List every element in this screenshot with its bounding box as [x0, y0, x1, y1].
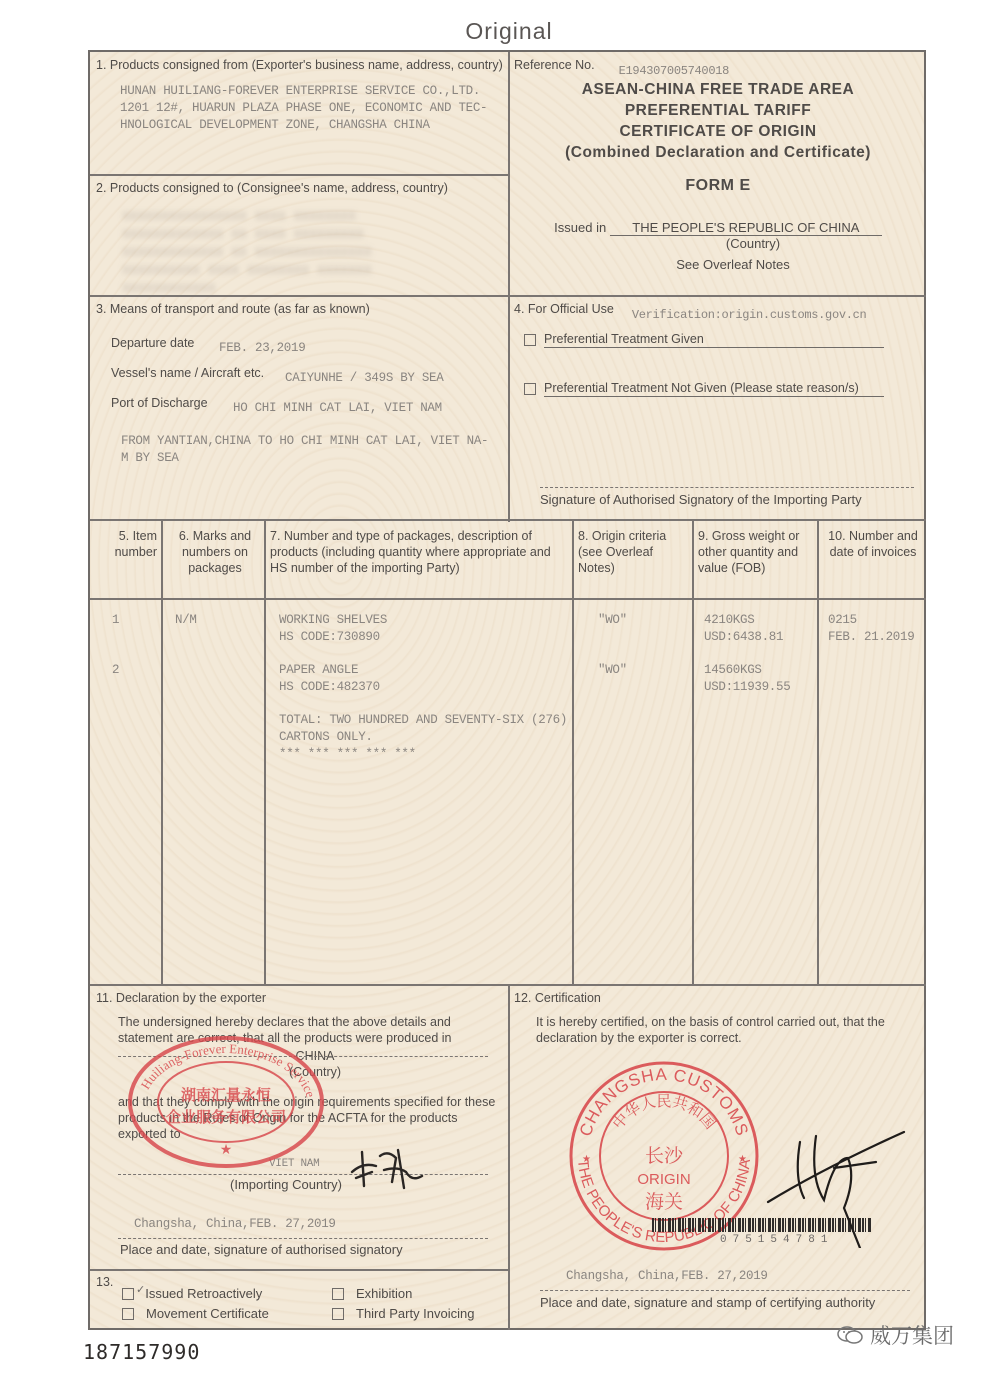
divider [90, 1269, 509, 1271]
cell-item: 1 [112, 612, 119, 629]
divider [90, 598, 926, 600]
total-line: CARTONS ONLY. [279, 729, 579, 746]
value-line: USD:11939.55 [704, 679, 790, 696]
cell-weight-value: 14560KGS USD:11939.55 [704, 662, 790, 696]
exporter-line: HNOLOGICAL DEVELOPMENT ZONE, CHANGSHA CH… [120, 117, 504, 134]
watermark: 威万集团 [836, 1320, 954, 1350]
preferential-not-given-checkbox[interactable] [524, 383, 536, 395]
issued-retroactively-checkbox[interactable] [122, 1288, 134, 1300]
col-header-item-number: 5. Item number [95, 528, 159, 560]
port-of-discharge-value: HO CHI MINH CAT LAI, VIET NAM [233, 400, 442, 417]
exporter-place-date: Changsha, China,FEB. 27,2019 [134, 1216, 336, 1233]
col-header-gross-weight: 9. Gross weight or other quantity and va… [698, 528, 816, 576]
col-header-description: 7. Number and type of packages, descript… [270, 528, 568, 576]
divider [90, 174, 509, 176]
vessel-value: CAIYUNHE / 349S BY SEA [285, 370, 443, 387]
col-header-invoices: 10. Number and date of invoices [821, 528, 925, 560]
table-row: 2 PAPER ANGLE HS CODE:482370 "WO" 14560K… [90, 662, 926, 707]
total-line: TOTAL: TWO HUNDRED AND SEVENTY-SIX (276) [279, 712, 579, 729]
certifying-place-date: Changsha, China,FEB. 27,2019 [566, 1268, 768, 1285]
divider [90, 519, 926, 521]
cell-item: 2 [112, 662, 119, 679]
svg-text:企业服务有限公司: 企业服务有限公司 [166, 1108, 286, 1126]
value-line: USD:6438.81 [704, 629, 783, 646]
preferential-given-label: Preferential Treatment Given [544, 331, 884, 348]
box-consignee-label: 2. Products consigned to (Consignee's na… [96, 180, 504, 196]
box-transport: 3. Means of transport and route (as far … [96, 301, 504, 515]
box-certification-label: 12. Certification [514, 990, 922, 1006]
description-line: PAPER ANGLE [279, 662, 380, 679]
third-party-invoicing-checkbox[interactable] [332, 1308, 344, 1320]
cell-description: WORKING SHELVES HS CODE:730890 [279, 612, 387, 646]
cell-origin-criteria: "WO" [598, 612, 627, 629]
port-of-discharge-label: Port of Discharge [111, 395, 233, 411]
divider [161, 520, 163, 985]
exhibition-label: Exhibition [356, 1286, 412, 1302]
customs-officer-signature [764, 1118, 914, 1248]
consignee-details-redacted: XXXXXXXXXXXXXXXX XXXX XXXXXXXX XXXXXXXXX… [96, 208, 504, 298]
box-exporter-label: 1. Products consigned from (Exporter's b… [96, 57, 504, 73]
title-line: (Combined Declaration and Certificate) [514, 142, 922, 163]
reference-number: E194307005740018 [619, 63, 729, 80]
movement-certificate-checkbox[interactable] [122, 1308, 134, 1320]
document-heading: Original [0, 18, 1003, 45]
svg-text:湖南汇量永恒: 湖南汇量永恒 [181, 1086, 271, 1104]
divider [508, 985, 510, 1330]
cell-description: PAPER ANGLE HS CODE:482370 [279, 662, 380, 696]
weight-line: 14560KGS [704, 662, 790, 679]
exporter-details: HUNAN HUILIANG-FOREVER ENTERPRISE SERVIC… [96, 83, 504, 134]
certifying-signature-line [540, 1290, 910, 1291]
movement-certificate-label: Movement Certificate [146, 1306, 269, 1322]
preferential-given-checkbox[interactable] [524, 334, 536, 346]
route-description: FROM YANTIAN,CHINA TO HO CHI MINH CAT LA… [111, 433, 504, 467]
redacted-line: XXXXXXXXXXXX [122, 280, 504, 298]
exporter-line: HUNAN HUILIANG-FOREVER ENTERPRISE SERVIC… [120, 83, 504, 100]
departure-date-label: Departure date [111, 335, 219, 351]
box-exporter: 1. Products consigned from (Exporter's b… [96, 57, 504, 134]
cell-weight-value: 4210KGS USD:6438.81 [704, 612, 783, 646]
issued-retroactively-label: Issued Retroactively [145, 1286, 262, 1302]
cell-invoice: 0215 FEB. 21.2019 [828, 612, 914, 646]
box-official-use: 4. For Official Use Verification:origin.… [514, 301, 922, 515]
box-consignee: 2. Products consigned to (Consignee's na… [96, 180, 504, 298]
verification-url: Verification:origin.customs.gov.cn [632, 307, 867, 324]
redacted-line: XXXXXXXXXXXXX XX XXXXXXXXXXXXXXX [122, 244, 504, 262]
redacted-line: XXXXXXXXXXXXXXXX XXXX XXXXXXXX [122, 208, 504, 226]
cell-origin-criteria: "WO" [598, 662, 627, 679]
goods-total: TOTAL: TWO HUNDRED AND SEVENTY-SIX (276)… [279, 712, 579, 763]
exhibition-checkbox[interactable] [332, 1288, 344, 1300]
divider [264, 520, 266, 985]
title-line: CERTIFICATE OF ORIGIN [514, 121, 922, 142]
exporter-line: 1201 12#, HUARUN PLAZA PHASE ONE, ECONOM… [120, 100, 504, 117]
exporter-company-stamp: Huiliang-Forever Enterprise Service 湖南汇量… [126, 1032, 326, 1172]
form-name: FORM E [514, 175, 922, 196]
redacted-line: XXXXXXXXXXXXX XX XXXX XXXXXXXXX [122, 226, 504, 244]
divider [508, 52, 510, 522]
importing-country-line [118, 1174, 488, 1175]
divider [817, 520, 819, 985]
title-line: PREFERENTIAL TARIFF [514, 100, 922, 121]
check-mark-icon: ✓ [136, 1283, 145, 1296]
box-exporter-declaration-label: 11. Declaration by the exporter [96, 990, 504, 1006]
title-line: ASEAN-CHINA FREE TRADE AREA [514, 79, 922, 100]
svg-text:★: ★ [738, 1154, 747, 1165]
col-header-origin-criteria: 8. Origin criteria (see Overleaf Notes) [578, 528, 690, 576]
svg-text:ORIGIN: ORIGIN [637, 1171, 690, 1188]
certificate-serial-number: 187157990 [83, 1340, 200, 1364]
importing-signatory-caption: Signature of Authorised Signatory of the… [540, 492, 862, 508]
wechat-icon [836, 1324, 864, 1346]
importing-country-caption: (Importing Country) [230, 1177, 342, 1193]
preferential-not-given-label: Preferential Treatment Not Given (Please… [544, 380, 884, 397]
description-line: WORKING SHELVES [279, 612, 387, 629]
invoice-date: FEB. 21.2019 [828, 629, 914, 646]
invoice-number: 0215 [828, 612, 914, 629]
issued-in-label: Issued in [554, 220, 606, 235]
issued-in-country-caption: (Country) [584, 236, 922, 251]
box-certification: 12. Certification It is hereby certified… [514, 990, 922, 1326]
box-transport-label: 3. Means of transport and route (as far … [96, 301, 504, 317]
description-line: HS CODE:730890 [279, 629, 387, 646]
signature-line [540, 487, 914, 488]
route-line: M BY SEA [121, 450, 504, 467]
third-party-invoicing-label: Third Party Invoicing [356, 1306, 475, 1322]
description-line: HS CODE:482370 [279, 679, 380, 696]
svg-text:★: ★ [582, 1154, 591, 1165]
certificate-header: Reference No. E194307005740018 ASEAN-CHI… [514, 57, 922, 293]
svg-text:海关: 海关 [645, 1191, 683, 1213]
watermark-text: 威万集团 [870, 1320, 954, 1350]
divider [692, 520, 694, 985]
svg-text:中华人民共和国: 中华人民共和国 [610, 1093, 719, 1133]
exporter-signature [348, 1142, 428, 1192]
table-row: 1 N/M WORKING SHELVES HS CODE:730890 "WO… [90, 612, 926, 657]
departure-date-value: FEB. 23,2019 [219, 340, 305, 357]
exporter-signatory-caption: Place and date, signature of authorised … [120, 1242, 403, 1258]
svg-text:长沙: 长沙 [645, 1145, 684, 1167]
cell-marks: N/M [175, 612, 197, 629]
certifying-authority-caption: Place and date, signature and stamp of c… [540, 1295, 875, 1311]
col-header-marks: 6. Marks and numbers on packages [168, 528, 262, 576]
reference-label: Reference No. [514, 57, 595, 73]
certificate-title: ASEAN-CHINA FREE TRADE AREA PREFERENTIAL… [514, 79, 922, 163]
box-special-conditions: 13. ✓ Issued Retroactively Exhibition Mo… [96, 1274, 504, 1329]
box-exporter-declaration: 11. Declaration by the exporter The unde… [96, 990, 504, 1266]
box-official-use-label: 4. For Official Use [514, 301, 614, 317]
issued-in-value: THE PEOPLE'S REPUBLIC OF CHINA [610, 220, 882, 236]
certification-paragraph: It is hereby certified, on the basis of … [514, 1014, 922, 1046]
redacted-line: XXXXXXXXXX XXXX XXXXXXXX XXXXXXX [122, 262, 504, 280]
overleaf-note: See Overleaf Notes [544, 257, 922, 272]
weight-line: 4210KGS [704, 612, 783, 629]
certificate-form: 1. Products consigned from (Exporter's b… [88, 50, 926, 1330]
signatory-line [118, 1238, 488, 1239]
svg-text:★: ★ [220, 1141, 233, 1157]
total-line: *** *** *** *** *** [279, 746, 579, 763]
vessel-label: Vessel's name / Aircraft etc. [111, 365, 285, 381]
route-line: FROM YANTIAN,CHINA TO HO CHI MINH CAT LA… [121, 433, 504, 450]
